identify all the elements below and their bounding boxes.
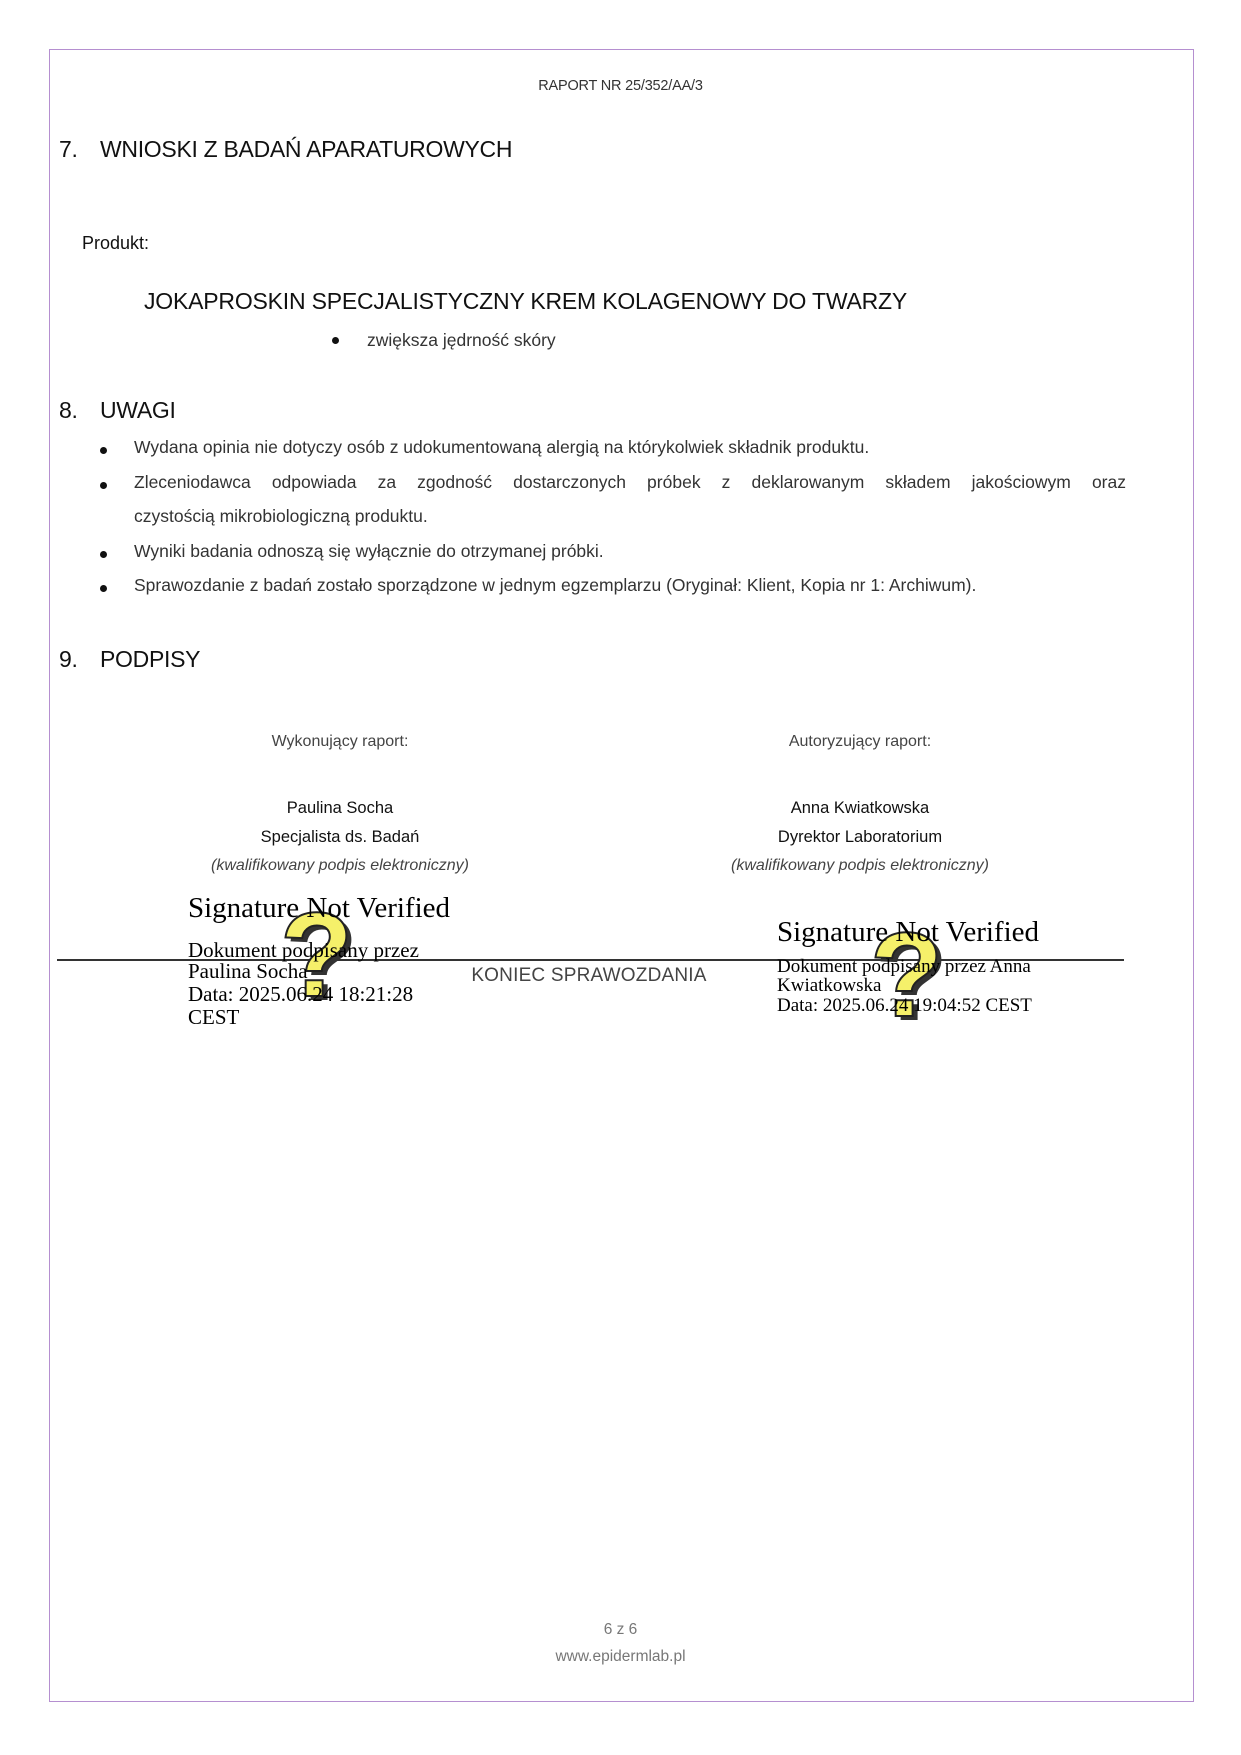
signer-role: Wykonujący raport:	[140, 733, 540, 751]
bullet-icon	[332, 337, 339, 344]
signer-name: Anna Kwiatkowska	[660, 799, 1060, 818]
section-title: UWAGI	[100, 397, 176, 423]
signer-role: Autoryzujący raport:	[660, 733, 1060, 751]
stamp-line: Kwiatkowska	[777, 976, 881, 995]
page-number: 6 z 6	[0, 1621, 1241, 1639]
signature-type: (kwalifikowany podpis elektroniczny)	[140, 857, 540, 875]
section-title: PODPISY	[100, 646, 200, 672]
website-link[interactable]: www.epidermlab.pl	[0, 1648, 1241, 1666]
bullet-icon	[100, 447, 107, 454]
signer-performing: Wykonujący raport: Paulina Socha Specjal…	[140, 733, 540, 875]
signature-status: Signature Not Verified	[188, 892, 450, 925]
bullet-icon	[100, 585, 107, 592]
section-9-heading: 9.PODPISY	[59, 646, 200, 673]
signature-status: Signature Not Verified	[777, 916, 1039, 949]
product-name: JOKAPROSKIN SPECJALISTYCZNY KREM KOLAGEN…	[144, 288, 907, 315]
stamp-line: Dokument podpisany przez Anna	[777, 957, 1031, 976]
product-label: Produkt:	[82, 233, 149, 254]
stamp-line: CEST	[188, 1007, 239, 1028]
stamp-line: Data: 2025.06.24 19:04:52 CEST	[777, 996, 1032, 1015]
section-number: 7.	[59, 136, 100, 163]
stamp-line: Paulina Socha	[188, 961, 308, 982]
report-number: RAPORT NR 25/352/AA/3	[0, 78, 1241, 94]
note-item: Wydana opinia nie dotyczy osób z udokume…	[134, 437, 869, 458]
section-number: 9.	[59, 646, 100, 673]
stamp-line: Data: 2025.06.24 18:21:28	[188, 984, 413, 1005]
note-item: Zleceniodawca odpowiada za zgodność dost…	[134, 472, 1126, 493]
signer-authorizing: Autoryzujący raport: Anna Kwiatkowska Dy…	[660, 733, 1060, 875]
note-item: Sprawozdanie z badań zostało sporządzone…	[134, 575, 976, 596]
signature-type: (kwalifikowany podpis elektroniczny)	[660, 857, 1060, 875]
stamp-line: Dokument podpisany przez	[188, 940, 419, 961]
section-7-heading: 7.WNIOSKI Z BADAŃ APARATUROWYCH	[59, 136, 512, 163]
bullet-icon	[100, 482, 107, 489]
product-claim: zwiększa jędrność skóry	[367, 330, 556, 351]
signer-position: Specjalista ds. Badań	[140, 828, 540, 847]
signer-position: Dyrektor Laboratorium	[660, 828, 1060, 847]
section-number: 8.	[59, 397, 100, 424]
bullet-icon	[100, 551, 107, 558]
note-item-continuation: czystością mikrobiologiczną produktu.	[134, 506, 428, 527]
signer-name: Paulina Socha	[140, 799, 540, 818]
section-8-heading: 8.UWAGI	[59, 397, 176, 424]
note-item: Wyniki badania odnoszą się wyłącznie do …	[134, 541, 604, 562]
section-title: WNIOSKI Z BADAŃ APARATUROWYCH	[100, 136, 512, 162]
